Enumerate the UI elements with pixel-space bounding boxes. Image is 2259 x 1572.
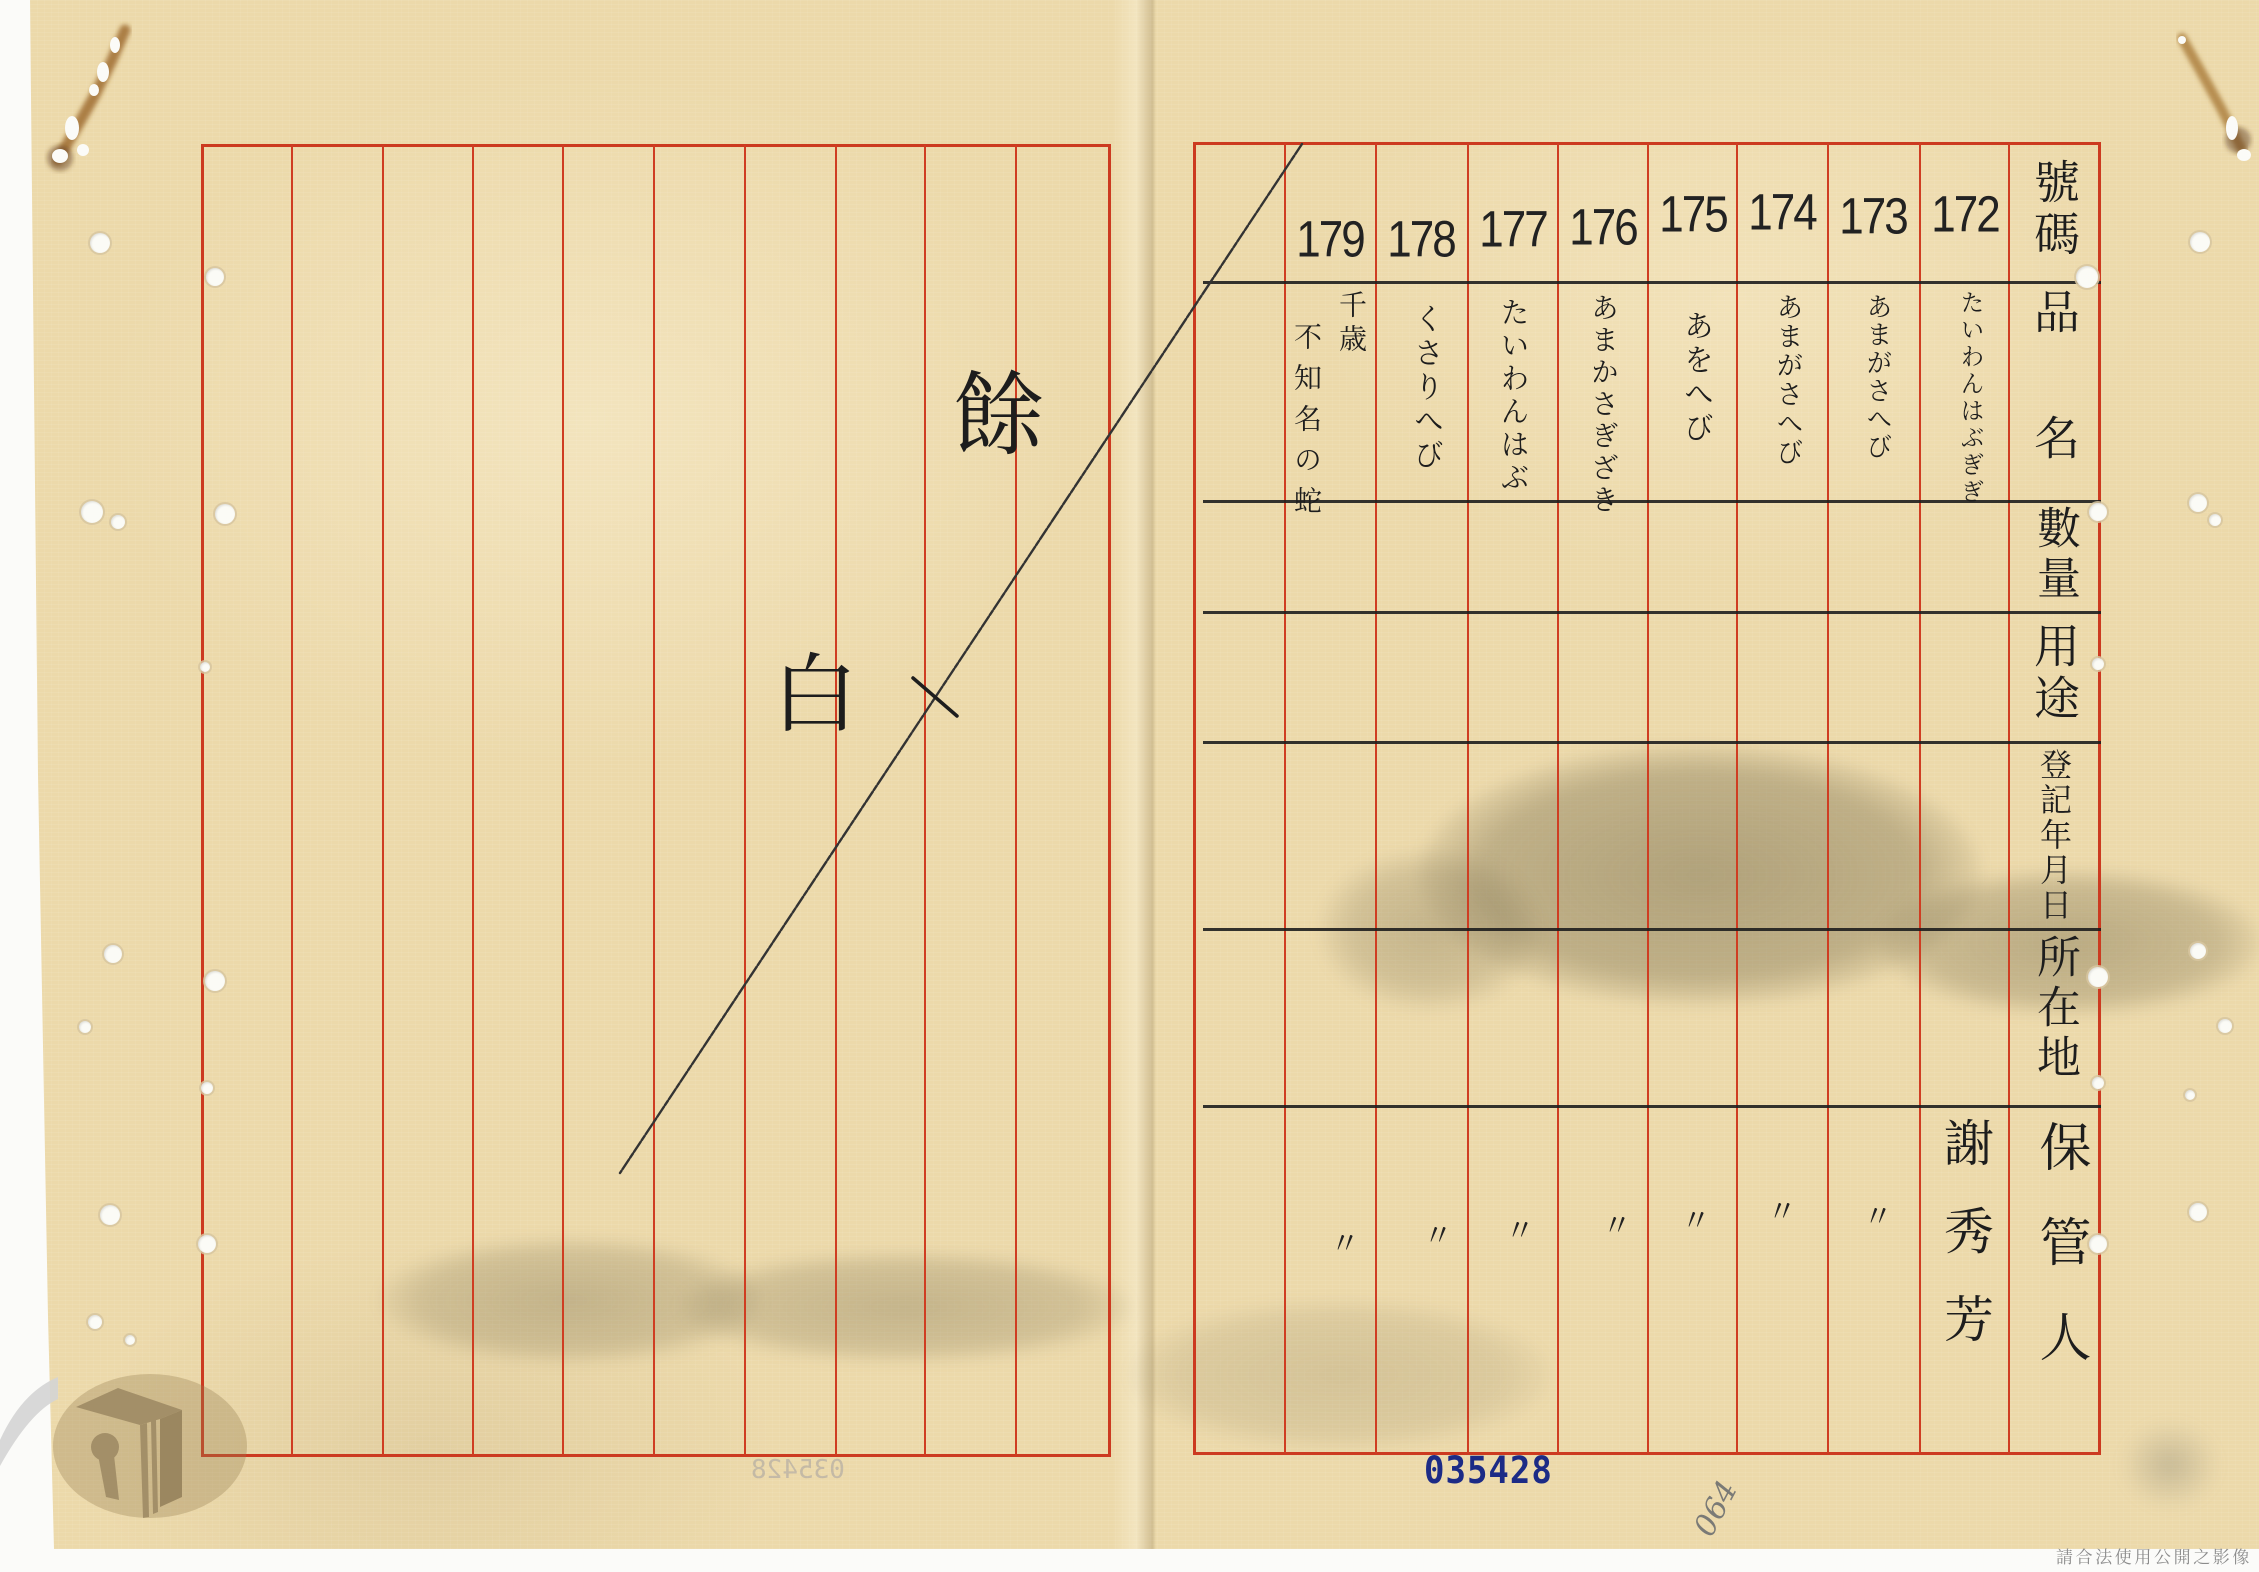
cross-stroke xyxy=(913,678,957,716)
usage-watermark: 請合法使用公開之影像 xyxy=(2056,1550,2252,1567)
entry-name-text: くさりへび xyxy=(1410,303,1440,473)
row-label-text: 所在地 xyxy=(2032,934,2076,1084)
entry-name-text: あまかさぎざき xyxy=(1589,293,1617,517)
entry-name: あをへび xyxy=(1650,310,1740,446)
entry-name-text: 不知名の蛇 xyxy=(1292,322,1320,527)
entry-name: あまがさへび xyxy=(1742,293,1832,467)
entry-name-text: たいわんはぶ xyxy=(1499,297,1528,495)
entry-name-text: あまがさへび xyxy=(1774,293,1801,467)
row-label-location: 所在地 xyxy=(2009,934,2099,1084)
row-label-purpose: 用途 xyxy=(2009,622,2099,726)
row-label-text: 保管人 xyxy=(2034,1120,2086,1405)
entry-name: たいわんはぶぎぎ xyxy=(1925,290,2015,506)
row-label-text: 登記年月日 xyxy=(2038,748,2070,923)
entry-name: あまかさぎざき xyxy=(1558,293,1648,517)
ditto-mark: 〃 xyxy=(1863,1203,1893,1233)
row-label-text: 用途 xyxy=(2031,622,2077,726)
row-label-name: 品名 xyxy=(2009,288,2099,540)
entry-name: たいわんはぶ xyxy=(1468,297,1558,495)
row-label-text: 品名 xyxy=(2031,288,2077,540)
entry-name-note-text: 千歳 xyxy=(1337,290,1365,358)
row-label-text: 號碼 xyxy=(2031,158,2077,262)
annotation-char-blank: 白 xyxy=(772,652,858,738)
entry-number: 173 xyxy=(1828,192,1918,243)
entry-custodian: 謝秀芳 xyxy=(1920,1117,2010,1381)
entry-number: 176 xyxy=(1558,203,1648,254)
staple-tear-icon xyxy=(2178,36,2251,161)
row-label-quantity: 數量 xyxy=(2009,505,2099,605)
diagonal-cancel-line xyxy=(620,144,1302,1173)
row-label-custodian: 保管人 xyxy=(2015,1120,2105,1405)
entry-name-text: あをへび xyxy=(1680,310,1710,446)
entry-name: くさりへび xyxy=(1380,303,1470,473)
row-label-registration-date: 登記年月日 xyxy=(2009,748,2099,923)
entry-name-text: あまがさへび xyxy=(1864,293,1890,461)
entry-name-text: たいわんはぶぎぎ xyxy=(1958,290,1982,506)
entry-number: 174 xyxy=(1737,188,1827,239)
entry-number: 175 xyxy=(1648,190,1738,241)
ditto-mark: 〃 xyxy=(1681,1207,1711,1237)
archive-stamp-number: 035428 xyxy=(1424,1452,1553,1489)
custodian-name: 謝秀芳 xyxy=(1940,1117,1990,1381)
ditto-mark: 〃 xyxy=(1330,1230,1360,1260)
row-label-text: 數量 xyxy=(2032,505,2076,605)
entry-number: 177 xyxy=(1468,205,1558,256)
entry-number: 179 xyxy=(1285,215,1375,266)
row-label-number: 號碼 xyxy=(2009,158,2099,262)
entry-number: 172 xyxy=(1920,190,2010,241)
entry-name: あまがさへび xyxy=(1832,293,1922,461)
entry-number: 178 xyxy=(1376,215,1466,266)
bleed-through-stamp: 035428 xyxy=(751,1457,845,1483)
ditto-mark: 〃 xyxy=(1602,1212,1632,1242)
ditto-mark: 〃 xyxy=(1505,1217,1535,1247)
annotation-char-remainder: 餘 xyxy=(953,370,1045,462)
entry-name-note: 千歳 xyxy=(1326,290,1376,358)
ditto-mark: 〃 xyxy=(1767,1198,1797,1228)
staple-tear-icon xyxy=(47,30,125,171)
book-keyhole-icon xyxy=(0,1374,247,1518)
ditto-mark: 〃 xyxy=(1423,1222,1453,1252)
